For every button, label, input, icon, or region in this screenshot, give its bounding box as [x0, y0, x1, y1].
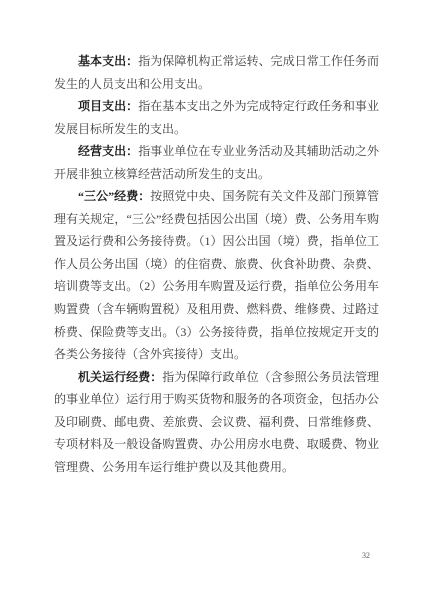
paragraph-agency-operating-funds: 机关运行经费：指为保障行政单位（含参照公务员法管理的事业单位）运行用于购买货物和… — [54, 366, 379, 479]
text-block: 基本支出：指为保障机构正常运转、完成日常工作任务而发生的人员支出和公用支出。 项… — [54, 50, 379, 478]
document-page: 基本支出：指为保障机构正常运转、完成日常工作任务而发生的人员支出和公用支出。 项… — [0, 0, 424, 600]
term-basic-expenditure: 基本支出： — [78, 54, 138, 68]
paragraph-operating-expenditure: 经营支出：指事业单位在专业业务活动及其辅助活动之外开展非独立核算经营活动所发生的… — [54, 140, 379, 185]
term-operating-expenditure: 经营支出： — [78, 144, 138, 158]
paragraph-text-three-public-funds: 按照党中央、国务院有关文件及部门预算管理有关规定，“三公”经费包括因公出国（境）… — [54, 189, 379, 361]
paragraph-three-public-funds: “三公”经费：按照党中央、国务院有关文件及部门预算管理有关规定，“三公”经费包括… — [54, 185, 379, 365]
term-three-public-funds: “三公”经费： — [78, 189, 150, 203]
term-agency-operating-funds: 机关运行经费： — [78, 370, 162, 384]
paragraph-project-expenditure: 项目支出：指在基本支出之外为完成特定行政任务和事业发展目标所发生的支出。 — [54, 95, 379, 140]
paragraph-basic-expenditure: 基本支出：指为保障机构正常运转、完成日常工作任务而发生的人员支出和公用支出。 — [54, 50, 379, 95]
paragraph-text-agency-operating-funds: 指为保障行政单位（含参照公务员法管理的事业单位）运行用于购买货物和服务的各项资金… — [54, 370, 379, 474]
page-number: 32 — [362, 551, 370, 561]
term-project-expenditure: 项目支出： — [78, 99, 138, 113]
